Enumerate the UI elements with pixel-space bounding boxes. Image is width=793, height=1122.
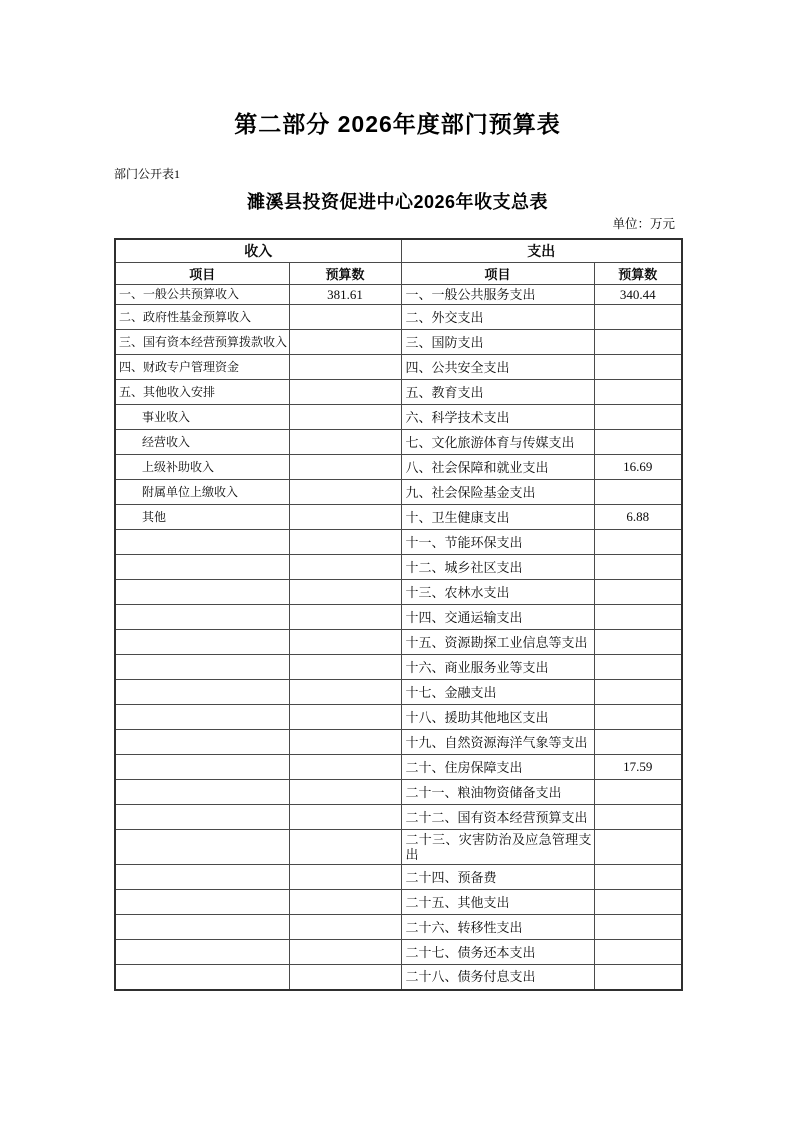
expense-value-cell: 17.59 — [594, 755, 682, 780]
table-row: 十八、援助其他地区支出 — [115, 705, 682, 730]
expense-value-cell — [594, 530, 682, 555]
income-value-cell — [289, 755, 401, 780]
income-value-cell — [289, 330, 401, 355]
expense-value-cell — [594, 680, 682, 705]
expense-item-column-header: 项目 — [401, 263, 594, 285]
budget-table: 收入 支出 项目 预算数 项目 预算数 一、一般公共预算收入381.61一、一般… — [114, 238, 683, 991]
income-item-cell: 四、财政专户管理资金 — [115, 355, 289, 380]
income-item-cell — [115, 965, 289, 990]
expense-value-cell — [594, 580, 682, 605]
expense-item-cell: 二十六、转移性支出 — [401, 915, 594, 940]
table-row: 十九、自然资源海洋气象等支出 — [115, 730, 682, 755]
income-value-cell — [289, 455, 401, 480]
expense-item-cell: 十四、交通运输支出 — [401, 605, 594, 630]
expense-value-cell — [594, 965, 682, 990]
table-row: 事业收入六、科学技术支出 — [115, 405, 682, 430]
income-value-cell — [289, 655, 401, 680]
expense-value-cell — [594, 705, 682, 730]
income-item-cell: 事业收入 — [115, 405, 289, 430]
income-value-cell — [289, 530, 401, 555]
table-row: 经营收入七、文化旅游体育与传媒支出 — [115, 430, 682, 455]
expense-item-cell: 十八、援助其他地区支出 — [401, 705, 594, 730]
income-item-cell — [115, 805, 289, 830]
expense-item-cell: 十七、金融支出 — [401, 680, 594, 705]
expense-item-cell: 五、教育支出 — [401, 380, 594, 405]
section-header-row: 收入 支出 — [115, 239, 682, 263]
expense-value-cell — [594, 555, 682, 580]
expense-item-cell: 十三、农林水支出 — [401, 580, 594, 605]
expense-value-cell — [594, 355, 682, 380]
income-value-cell — [289, 890, 401, 915]
expense-value-cell: 16.69 — [594, 455, 682, 480]
income-item-cell — [115, 730, 289, 755]
income-item-cell: 附属单位上缴收入 — [115, 480, 289, 505]
table-row: 十五、资源勘探工业信息等支出 — [115, 630, 682, 655]
table-row: 十二、城乡社区支出 — [115, 555, 682, 580]
income-value-cell — [289, 965, 401, 990]
income-value-cell: 381.61 — [289, 285, 401, 305]
income-value-cell — [289, 430, 401, 455]
expense-item-cell: 二十四、预备费 — [401, 865, 594, 890]
expense-value-cell — [594, 405, 682, 430]
expense-item-cell: 二十八、债务付息支出 — [401, 965, 594, 990]
income-item-cell: 三、国有资本经营预算拨款收入 — [115, 330, 289, 355]
expense-item-cell: 二十七、债务还本支出 — [401, 940, 594, 965]
expense-item-cell: 三、国防支出 — [401, 330, 594, 355]
expense-item-cell: 八、社会保障和就业支出 — [401, 455, 594, 480]
income-item-cell — [115, 755, 289, 780]
table-row: 二十一、粮油物资储备支出 — [115, 780, 682, 805]
table-title: 濉溪县投资促进中心2026年收支总表 — [114, 188, 681, 214]
income-item-cell: 五、其他收入安排 — [115, 380, 289, 405]
income-item-cell: 其他 — [115, 505, 289, 530]
table-row: 十一、节能环保支出 — [115, 530, 682, 555]
expense-value-cell — [594, 890, 682, 915]
income-item-cell — [115, 940, 289, 965]
expense-value-cell — [594, 480, 682, 505]
expense-item-cell: 二、外交支出 — [401, 305, 594, 330]
expense-value-cell — [594, 380, 682, 405]
expense-value-cell — [594, 915, 682, 940]
expense-item-cell: 二十二、国有资本经营预算支出 — [401, 805, 594, 830]
income-item-cell — [115, 655, 289, 680]
income-item-cell — [115, 780, 289, 805]
table-row: 十三、农林水支出 — [115, 580, 682, 605]
income-value-cell — [289, 305, 401, 330]
income-value-cell — [289, 555, 401, 580]
income-value-cell — [289, 830, 401, 865]
expense-value-cell — [594, 430, 682, 455]
table-row: 二十五、其他支出 — [115, 890, 682, 915]
table-row: 二十三、灾害防治及应急管理支出 — [115, 830, 682, 865]
income-item-cell: 一、一般公共预算收入 — [115, 285, 289, 305]
table-row: 三、国有资本经营预算拨款收入三、国防支出 — [115, 330, 682, 355]
expense-value-cell — [594, 605, 682, 630]
income-value-cell — [289, 915, 401, 940]
income-value-cell — [289, 630, 401, 655]
expense-item-cell: 七、文化旅游体育与传媒支出 — [401, 430, 594, 455]
expense-item-cell: 二十一、粮油物资储备支出 — [401, 780, 594, 805]
income-item-cell — [115, 530, 289, 555]
table-row: 二十八、债务付息支出 — [115, 965, 682, 990]
table-row: 十七、金融支出 — [115, 680, 682, 705]
income-value-cell — [289, 405, 401, 430]
table-row: 附属单位上缴收入九、社会保险基金支出 — [115, 480, 682, 505]
income-item-column-header: 项目 — [115, 263, 289, 285]
expense-value-cell: 6.88 — [594, 505, 682, 530]
income-value-cell — [289, 580, 401, 605]
income-item-cell — [115, 915, 289, 940]
table-row: 二十六、转移性支出 — [115, 915, 682, 940]
income-value-cell — [289, 940, 401, 965]
expense-budget-column-header: 预算数 — [594, 263, 682, 285]
table-row: 上级补助收入八、社会保障和就业支出16.69 — [115, 455, 682, 480]
main-title: 第二部分 2026年度部门预算表 — [114, 106, 681, 139]
expense-item-cell: 十五、资源勘探工业信息等支出 — [401, 630, 594, 655]
expense-value-cell — [594, 630, 682, 655]
expense-value-cell — [594, 830, 682, 865]
table-row: 其他十、卫生健康支出6.88 — [115, 505, 682, 530]
income-item-cell — [115, 680, 289, 705]
expense-value-cell — [594, 330, 682, 355]
income-value-cell — [289, 380, 401, 405]
income-budget-column-header: 预算数 — [289, 263, 401, 285]
income-value-cell — [289, 780, 401, 805]
table-row: 一、一般公共预算收入381.61一、一般公共服务支出340.44 — [115, 285, 682, 305]
income-value-cell — [289, 680, 401, 705]
expense-item-cell: 十二、城乡社区支出 — [401, 555, 594, 580]
income-value-cell — [289, 480, 401, 505]
income-item-cell — [115, 865, 289, 890]
income-value-cell — [289, 505, 401, 530]
expense-value-cell — [594, 730, 682, 755]
expense-item-cell: 二十、住房保障支出 — [401, 755, 594, 780]
table-row: 二十、住房保障支出17.59 — [115, 755, 682, 780]
income-section-header: 收入 — [115, 239, 401, 263]
expense-value-cell — [594, 865, 682, 890]
unit-note: 单位：万元 — [114, 214, 675, 232]
table-row: 二十七、债务还本支出 — [115, 940, 682, 965]
budget-table-body: 一、一般公共预算收入381.61一、一般公共服务支出340.44二、政府性基金预… — [115, 285, 682, 990]
expense-item-cell: 二十五、其他支出 — [401, 890, 594, 915]
expense-item-cell: 二十三、灾害防治及应急管理支出 — [401, 830, 594, 865]
income-item-cell: 经营收入 — [115, 430, 289, 455]
table-label: 部门公开表1 — [114, 165, 180, 182]
table-row: 二十二、国有资本经营预算支出 — [115, 805, 682, 830]
table-row: 二、政府性基金预算收入二、外交支出 — [115, 305, 682, 330]
expense-value-cell — [594, 655, 682, 680]
income-value-cell — [289, 605, 401, 630]
income-value-cell — [289, 730, 401, 755]
expense-item-cell: 四、公共安全支出 — [401, 355, 594, 380]
income-item-cell — [115, 605, 289, 630]
income-item-cell — [115, 580, 289, 605]
expense-value-cell — [594, 305, 682, 330]
expense-item-cell: 十一、节能环保支出 — [401, 530, 594, 555]
income-item-cell — [115, 555, 289, 580]
expense-value-cell: 340.44 — [594, 285, 682, 305]
table-row: 二十四、预备费 — [115, 865, 682, 890]
income-value-cell — [289, 355, 401, 380]
income-item-cell — [115, 890, 289, 915]
expense-item-cell: 十六、商业服务业等支出 — [401, 655, 594, 680]
income-item-cell — [115, 705, 289, 730]
page: 第二部分 2026年度部门预算表 部门公开表1 濉溪县投资促进中心2026年收支… — [0, 0, 793, 1122]
expense-item-cell: 一、一般公共服务支出 — [401, 285, 594, 305]
expense-section-header: 支出 — [401, 239, 682, 263]
income-item-cell — [115, 830, 289, 865]
income-value-cell — [289, 805, 401, 830]
income-item-cell — [115, 630, 289, 655]
table-row: 十六、商业服务业等支出 — [115, 655, 682, 680]
table-row: 五、其他收入安排五、教育支出 — [115, 380, 682, 405]
expense-value-cell — [594, 805, 682, 830]
table-row: 四、财政专户管理资金四、公共安全支出 — [115, 355, 682, 380]
income-item-cell: 二、政府性基金预算收入 — [115, 305, 289, 330]
income-value-cell — [289, 865, 401, 890]
expense-item-cell: 六、科学技术支出 — [401, 405, 594, 430]
expense-item-cell: 九、社会保险基金支出 — [401, 480, 594, 505]
income-value-cell — [289, 705, 401, 730]
expense-value-cell — [594, 780, 682, 805]
expense-item-cell: 十九、自然资源海洋气象等支出 — [401, 730, 594, 755]
income-item-cell: 上级补助收入 — [115, 455, 289, 480]
table-row: 十四、交通运输支出 — [115, 605, 682, 630]
expense-item-cell: 十、卫生健康支出 — [401, 505, 594, 530]
column-header-row: 项目 预算数 项目 预算数 — [115, 263, 682, 285]
expense-value-cell — [594, 940, 682, 965]
